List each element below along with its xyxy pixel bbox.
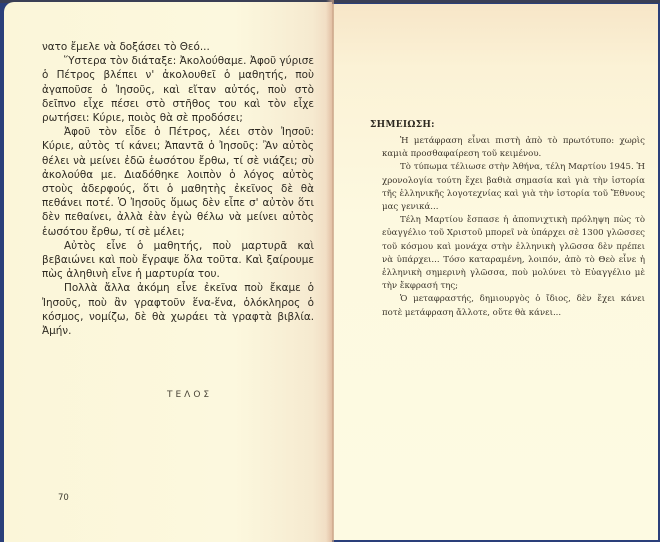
book-gutter <box>326 0 334 542</box>
paragraph: Ὕστερα τὸν διάταξε: Ἀκολούθαμε. Ἀφοῦ γύρ… <box>42 54 314 125</box>
paragraph: Ἀφοῦ τὸν εἶδε ὁ Πέτρος, λέει στὸν Ἰησοῦ:… <box>42 125 314 239</box>
paragraph: Τὸ τύπωμα τέλιωσε στὴν Ἀθήνα, τέλη Μαρτί… <box>382 161 645 214</box>
page-number: 70 <box>58 493 69 503</box>
paragraph: Ἡ μετάφραση εἶναι πιστὴ ἀπὸ τὸ πρωτότυπο… <box>382 135 645 161</box>
paragraph: Πολλὰ ἄλλα ἀκόμη εἶνε ἐκεῖνα ποὺ ἔκαμε ὁ… <box>42 281 314 338</box>
book-spread: νατο ἔμελε νὰ δοξάσει τὸ Θεό... Ὕστερα τ… <box>0 0 660 542</box>
gospel-text: νατο ἔμελε νὰ δοξάσει τὸ Θεό... Ὕστερα τ… <box>42 40 314 338</box>
paragraph: Αὐτὸς εἶνε ὁ μαθητής, ποὺ μαρτυρᾶ καὶ βε… <box>42 239 314 282</box>
paragraph: Ὁ μεταφραστής, δημιουργὸς ὁ ἴδιος, δὲν ἔ… <box>382 293 645 319</box>
paragraph: νατο ἔμελε νὰ δοξάσει τὸ Θεό... <box>42 40 314 54</box>
note-text: Ἡ μετάφραση εἶναι πιστὴ ἀπὸ τὸ πρωτότυπο… <box>382 135 645 320</box>
end-label: ΤΕΛΟΣ <box>167 390 212 400</box>
note-heading: ΣΗΜΕΙΩΣΗ: <box>370 120 435 130</box>
paragraph: Τέλη Μαρτίου ἔσπασε ἡ ἀποπνιχτικὴ πρόληψ… <box>382 214 645 293</box>
